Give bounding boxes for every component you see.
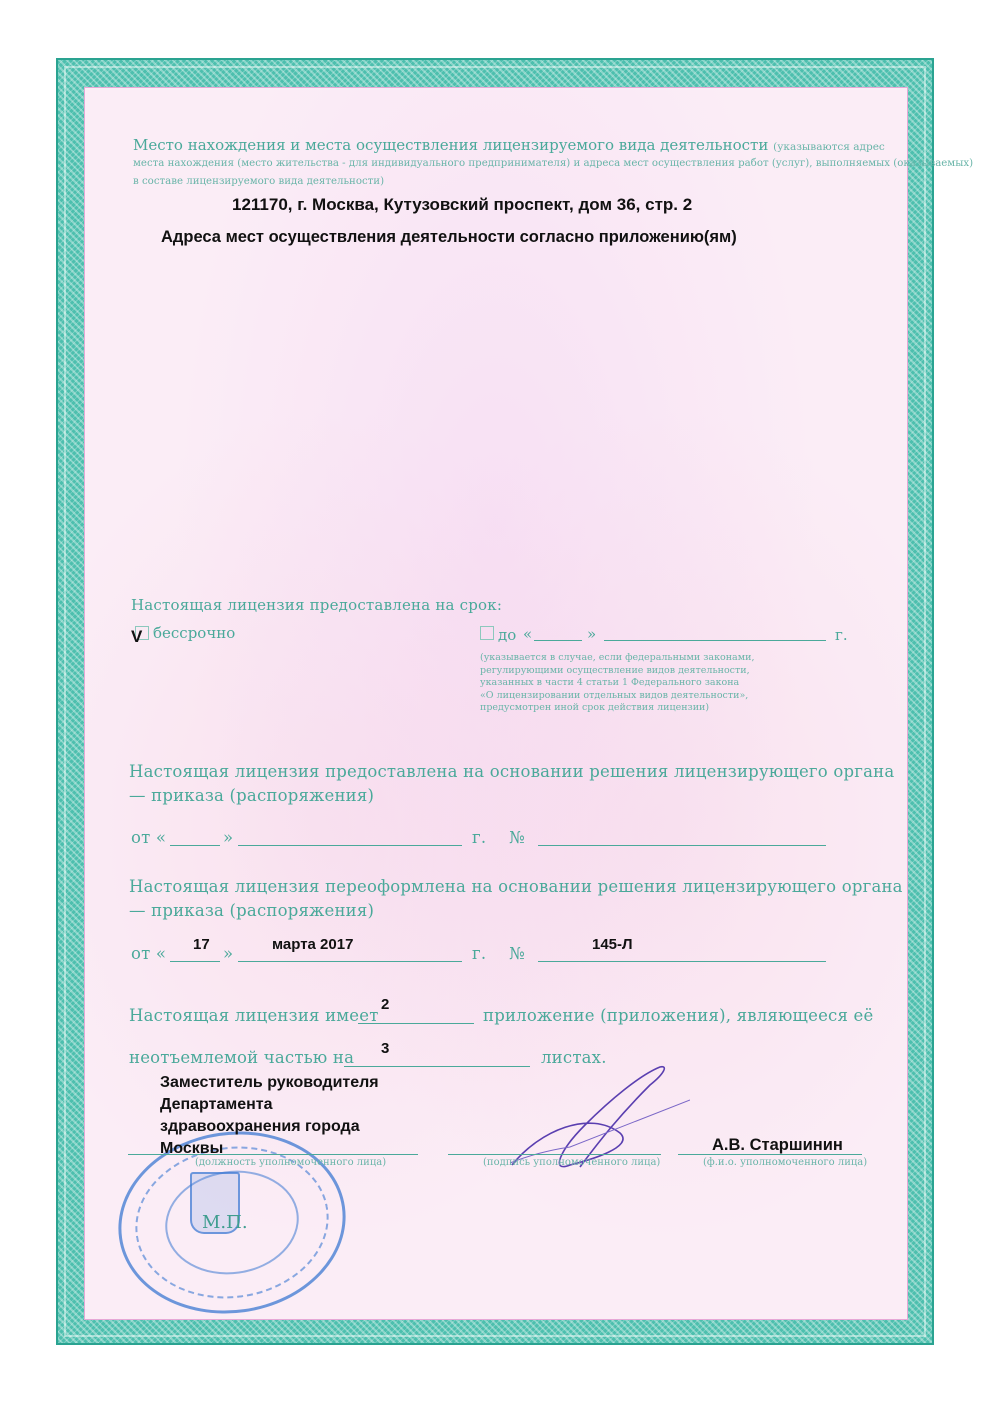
granted-quote-close: » xyxy=(223,828,233,847)
until-quote-close: » xyxy=(587,625,596,643)
annex-count-field[interactable] xyxy=(358,1023,474,1024)
until-month-year-field[interactable] xyxy=(604,640,826,641)
reissued-month-year: марта 2017 xyxy=(272,936,353,953)
reissued-number-label: № xyxy=(509,944,525,963)
until-year-suffix: г. xyxy=(835,626,848,644)
term-note: (указывается в случае, если федеральными… xyxy=(480,652,754,715)
until-quote-open: « xyxy=(523,625,532,643)
address: 121170, г. Москва, Кутузовский проспект,… xyxy=(232,195,692,215)
reissued-from-label: от « xyxy=(131,944,166,963)
granted-from-label: от « xyxy=(131,828,166,847)
granted-month-year-field[interactable] xyxy=(238,845,462,846)
name-caption: (ф.и.о. уполномоченного лица) xyxy=(703,1157,867,1168)
term-heading: Настоящая лицензия предоставлена на срок… xyxy=(131,596,502,614)
reissued-day-field[interactable] xyxy=(170,961,220,962)
annex-count: 2 xyxy=(381,996,389,1013)
annexes-line1-prefix: Настоящая лицензия имеет xyxy=(129,1006,379,1025)
reissued-day: 17 xyxy=(193,936,210,953)
granted-line2: — приказа (распоряжения) xyxy=(129,786,374,805)
location-heading: Место нахождения и места осуществления л… xyxy=(133,136,885,154)
reissued-month-year-field[interactable] xyxy=(238,961,462,962)
signature xyxy=(470,1055,690,1170)
signature-caption: (подпись уполномоченного лица) xyxy=(483,1157,660,1168)
reissued-line2: — приказа (распоряжения) xyxy=(129,901,374,920)
reissued-line1: Настоящая лицензия переоформлена на осно… xyxy=(129,877,903,896)
granted-number-label: № xyxy=(509,828,525,847)
seal-label: М.П. xyxy=(202,1212,248,1233)
until-day-field[interactable] xyxy=(534,640,582,641)
indefinite-label: бессрочно xyxy=(153,624,235,642)
annexes-line2-prefix: неотъемлемой частью на xyxy=(129,1048,354,1067)
reissued-number-field[interactable] xyxy=(538,961,826,962)
check-mark: V xyxy=(131,627,142,647)
until-checkbox[interactable] xyxy=(480,626,494,640)
reissued-quote-close: » xyxy=(223,944,233,963)
reissued-year-suffix: г. xyxy=(472,944,486,963)
addresses-note: Адреса мест осуществления деятельности с… xyxy=(161,228,737,247)
reissued-number: 145-Л xyxy=(592,936,633,953)
signature-line xyxy=(448,1154,661,1155)
granted-year-suffix: г. xyxy=(472,828,486,847)
until-label: до xyxy=(498,626,516,644)
signatory-position: Заместитель руководителя Департамента зд… xyxy=(160,1072,379,1160)
location-note-line2: места нахождения (место жительства - для… xyxy=(133,158,973,169)
position-caption: (должность уполномоченного лица) xyxy=(195,1157,386,1168)
granted-number-field[interactable] xyxy=(538,845,826,846)
annexes-line1-suffix: приложение (приложения), являющееся её xyxy=(483,1006,873,1025)
sheets-count: 3 xyxy=(381,1040,389,1057)
location-note-line3: в составе лицензируемого вида деятельнос… xyxy=(133,176,384,187)
granted-line1: Настоящая лицензия предоставлена на осно… xyxy=(129,762,894,781)
name-line xyxy=(678,1154,862,1155)
signatory-name: А.В. Старшинин xyxy=(712,1136,843,1155)
granted-day-field[interactable] xyxy=(170,845,220,846)
position-line xyxy=(128,1154,418,1155)
